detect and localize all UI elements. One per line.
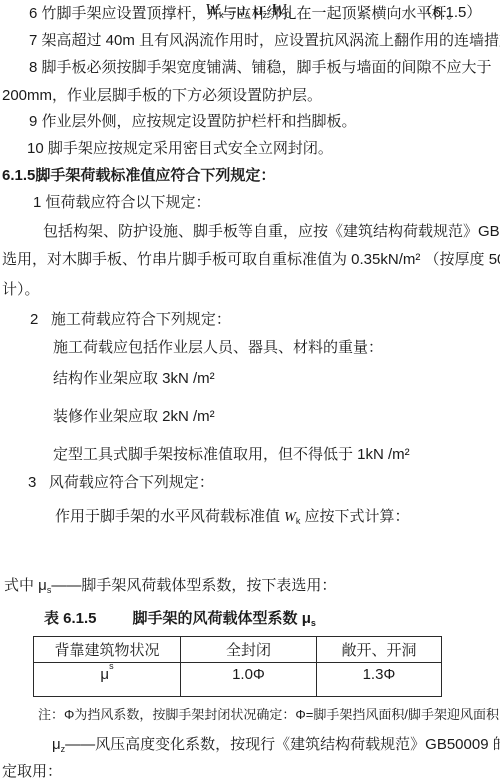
line-dead-load-2: 选用，对木脚手板、竹串片脚手板可取自重标准值为 0.35kN/m² （按厚度 5… (2, 251, 500, 269)
table-cell-mu-s: μs (34, 663, 181, 696)
table-cell-value-open: 1.3Φ (317, 663, 441, 696)
table-cell-value-enclosed: 1.0Φ (181, 663, 317, 696)
heading-clause-6-1-5: 6.1.5脚手架荷载标准值应符合下列规定： (2, 167, 275, 185)
formula-6-1-5: Wk =μs μz W0 (205, 0, 291, 20)
mu-z-prefix: μ (52, 736, 61, 753)
line-item-8: 8 脚手板必须按脚手架宽度铺满、铺稳，脚手板与墙面的间隙不应大于 (29, 59, 492, 77)
line-subitem-3: 3 风荷载应符合下列规定： (28, 474, 214, 492)
line-mu-z-definition: μz——风压高度变化系数，按现行《建筑结构荷载规范》GB50009 的规 (52, 736, 500, 754)
line-decoration-load: 装修作业架应取 2kN /m² (53, 408, 215, 426)
table-note: 注：Φ为挡风系数，按脚手架封闭状况确定：Φ=脚手架挡风面积/脚手架迎风面积 (38, 706, 499, 724)
formula-number: （6.1.5） (418, 1, 481, 22)
line-mu-s-definition: 式中 μs——脚手架风荷载体型系数，按下表选用： (4, 577, 336, 595)
line-tool-scaffold-load: 定型工具式脚手架按标准值取用，但不得低于 1kN /m² (53, 446, 410, 464)
line-subitem-2: 2 施工荷载应符合下列规定： (30, 311, 231, 329)
line-dead-load-3: 计）。 (2, 281, 40, 299)
table-caption-subscript: s (311, 618, 316, 628)
document-page: 6 竹脚手架应设置顶撑杆，并与立杆绑扎在一起顶紧横向水平杆。 7 架高超过 40… (0, 0, 500, 784)
wind-coefficient-table: 背靠建筑物状况 全封闭 敞开、开洞 μs 1.0Φ 1.3Φ (33, 636, 442, 697)
line-item-7: 7 架高超过 40m 且有风涡流作用时，应设置抗风涡流上翻作用的连墙措施。 (29, 32, 500, 50)
table-body-row: μs 1.0Φ 1.3Φ (34, 663, 441, 696)
line-live-load-desc: 施工荷载应包括作业层人员、器具、材料的重量： (53, 339, 383, 357)
line-item-10: 10 脚手架应按规定采用密目式安全立网封闭。 (27, 140, 333, 158)
line-wind-intro: 作用于脚手架的水平风荷载标准值 Wk 应按下式计算： (55, 508, 410, 527)
table-caption-title: 脚手架的风荷载体型系数 μ (133, 610, 311, 627)
line-structural-load: 结构作业架应取 3kN /m² (53, 370, 215, 388)
table-header-open: 敞开、开洞 (317, 637, 441, 663)
mu-s-suffix: ——脚手架风荷载体型系数，按下表选用： (51, 577, 336, 594)
mu-s-prefix: 式中 μ (4, 577, 47, 594)
mu-z-suffix: ——风压高度变化系数，按现行《建筑结构荷载规范》GB50009 的规 (65, 736, 500, 753)
line-item-8-continued: 200mm，作业层脚手板的下方必须设置防护层。 (2, 87, 322, 105)
line-subitem-1: 1 恒荷载应符合以下规定： (33, 194, 211, 212)
table-caption-label: 表 6.1.5 (44, 610, 97, 627)
wind-intro-suffix: 应按下式计算： (300, 508, 409, 525)
table-header-fully-enclosed: 全封闭 (181, 637, 317, 663)
table-header-row: 背靠建筑物状况 全封闭 敞开、开洞 (34, 637, 441, 663)
wind-variable: W (284, 510, 296, 525)
table-caption: 表 6.1.5脚手架的风荷载体型系数 μs (44, 610, 316, 628)
line-dead-load-1: 包括构架、防护设施、脚手板等自重，应按《建筑结构荷载规范》GB50009 (43, 223, 500, 241)
wind-intro-prefix: 作用于脚手架的水平风荷载标准值 (55, 508, 284, 525)
table-header-building-condition: 背靠建筑物状况 (34, 637, 181, 663)
line-mu-z-continued: 定取用： (2, 763, 62, 781)
line-item-9: 9 作业层外侧，应按规定设置防护栏杆和挡脚板。 (29, 113, 357, 131)
mu-label: μ (100, 666, 109, 683)
